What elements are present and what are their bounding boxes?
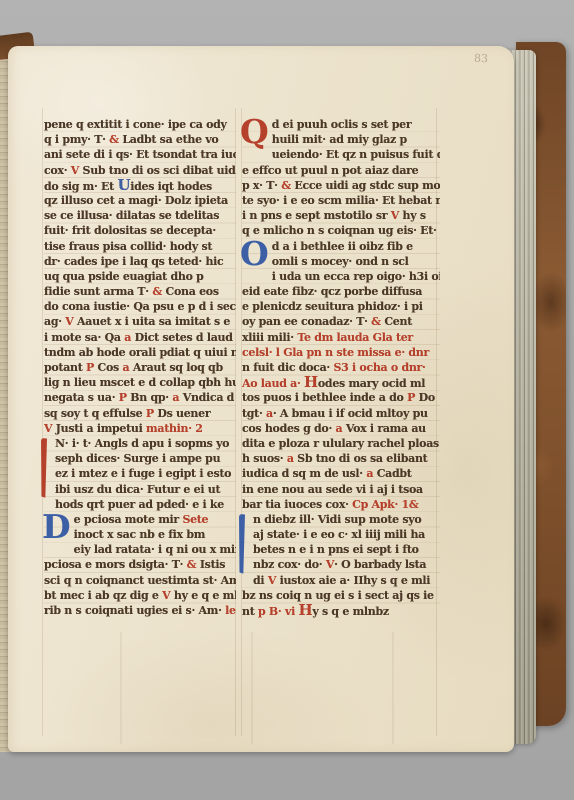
text-run: iustox aie a· IIhy s q e mli [276, 574, 430, 587]
text-run: · O barbady lsta [334, 558, 426, 571]
text-line: e effco ut puul n pot aiaz dare [242, 163, 440, 178]
text-run: Aauet x i uita sa imitat s e [74, 315, 231, 328]
text-line: Ao laud a· Hodes mary ocid ml [242, 375, 440, 390]
text-run: Bn qp· [127, 391, 173, 404]
text-line: d a i bethlee ii oibz fib e [272, 239, 440, 254]
text-run: P [119, 391, 127, 404]
text-run: tise fraus pisa collid· hody st [44, 240, 212, 253]
text-run: P [407, 391, 415, 404]
text-run: p x· T· [242, 179, 281, 192]
text-run: mathin· 2 [146, 422, 203, 435]
text-run: ez i mtez e i fuge i egipt i esto [55, 467, 231, 480]
text-line: n fuit dic doca· S3 i ocha o dnr· [242, 360, 440, 375]
folio-number: 83 [474, 52, 488, 65]
text-block: Od a i bethlee ii oibz fib eomli s mocey… [242, 239, 440, 512]
text-run: Vndica d [179, 391, 234, 404]
text-run: in ene nou au sede vi i aj i tsoa [242, 483, 423, 496]
text-line: potant P Cos a Araut sq loq qb [44, 360, 236, 375]
text-line: ueiendo· Et qz n puisus fuit qs [272, 147, 440, 162]
text-run: celsl· l Gla pn n ste missa e· dnr [242, 346, 429, 359]
text-run: V [65, 315, 73, 328]
text-run: Ladbt sa ethe vo [119, 133, 219, 146]
text-run: rib n s coiqnati ugies ei s· Am· [44, 604, 225, 617]
text-run: dr· cades ipe i laq qs teted· hic [44, 255, 223, 268]
text-block: Qd ei puuh oclis s set perhuili mit· ad … [242, 117, 440, 239]
text-block: pene q extitit i cone· ipe ca odyq i pmy… [44, 117, 236, 436]
text-line: iudica d sq m de usl· a Cadbt [242, 466, 440, 481]
text-line: pciosa e mors dsigta· T· & Istis [44, 557, 236, 572]
drop-cap-initial: D [42, 512, 71, 542]
text-run: e plenicdz seuitura phidoz· i pi [242, 300, 423, 313]
text-line: q e mlicho n s coiqnan ug eis· Et· [242, 223, 440, 238]
text-run: se ce illusa· dilatas se tdelitas [44, 209, 219, 222]
text-run: Justi a impetui [52, 422, 146, 435]
text-line: aj state· i e eo c· xl iiij mili ha [253, 527, 440, 542]
text-run: H [304, 375, 318, 390]
text-line: bt mec i ab qz dig e V hy e q e mli [44, 588, 236, 603]
text-run: U [117, 178, 130, 193]
text-run: V [44, 422, 52, 435]
text-line: lig n lieu mscet e d collap qbh hua [44, 375, 236, 390]
text-run: cos hodes g do· [242, 422, 336, 435]
text-run: potant [44, 361, 86, 374]
page-crease [392, 632, 394, 744]
text-run: bt mec i ab qz dig e [44, 589, 162, 602]
text-line: qz illuso cet a magi· Dolz ipieta [44, 193, 236, 208]
text-run: eid eate fibz· qcz porbe diffusa [242, 285, 422, 298]
text-run: te syo· i e eo scm milia· Et hebat n e [242, 194, 440, 207]
text-run: eiy lad ratata· i q ni ou x mir [74, 543, 236, 556]
text-line: do cona iustie· Qa psu e p d i sect [44, 299, 236, 314]
text-line: V Justi a impetui mathin· 2 [44, 421, 236, 436]
text-line: cox· V Sub tno di os sci dibat uid [44, 163, 236, 178]
text-run: i mote sa· Qa [44, 331, 124, 344]
text-line: in ene nou au sede vi i aj i tsoa [242, 482, 440, 497]
text-run: n fuit dic doca· [242, 361, 333, 374]
text-line: i uda un ecca rep oigo· h3i oibz [272, 269, 440, 284]
text-run: nt [242, 605, 258, 618]
text-run: omli s mocey· ond n scl [272, 255, 409, 268]
text-line: do sig m· Et Uides iqt hodes [44, 178, 236, 193]
text-run: fuit· frit dolositas se decepta· [44, 224, 216, 237]
text-run: fidie sunt arma T· [44, 285, 152, 298]
text-line: h suos· a Sb tno di os sa elibant [242, 451, 440, 466]
text-run: dita e ploza r ululary rachel ploas [242, 437, 439, 450]
text-run: & [187, 558, 197, 571]
text-run: huili mit· ad miy glaz p [272, 133, 407, 146]
text-run: d a i bethlee ii oibz fib e [272, 240, 413, 253]
text-run: q e mlicho n s coiqnan ug eis· Et· [242, 224, 437, 237]
text-run: qz illuso cet a magi· Dolz ipieta [44, 194, 228, 207]
text-run: uq qua pside euagiat dho p [44, 270, 204, 283]
text-run: inoct x sac nb e fix bm [74, 528, 205, 541]
text-line: tndm ab hode orali pdiat q uiui n [44, 345, 236, 360]
text-line: d ei puuh oclis s set per [272, 117, 440, 132]
text-run: tndm ab hode orali pdiat q uiui n [44, 346, 236, 359]
page-crease [120, 632, 122, 744]
text-run: Te dm lauda Gla ter [297, 331, 413, 344]
text-line: te syo· i e eo scm milia· Et hebat n e [242, 193, 440, 208]
text-line: n diebz ill· Vidi sup mote syo [253, 512, 440, 527]
text-line: e plenicdz seuitura phidoz· i pi [242, 299, 440, 314]
text-run: n diebz ill· Vidi sup mote syo [253, 513, 421, 526]
text-run: Dict setes d laud [131, 331, 233, 344]
text-line: eid eate fibz· qcz porbe diffusa [242, 284, 440, 299]
text-run: bar tia iuoces cox· [242, 498, 352, 511]
text-line: di V iustox aie a· IIhy s q e mli [253, 573, 440, 588]
text-run: ides iqt hodes [130, 180, 212, 193]
text-run: & [109, 133, 119, 146]
text-line: hods qrt puer ad pded· e i ke [55, 497, 236, 512]
text-run: · A bmau i if ocid mltoy pu [273, 407, 428, 420]
text-line: N· i· t· Angls d apu i sopms yo [55, 436, 236, 451]
text-run: seph dices· Surge i ampe pu [55, 452, 220, 465]
text-run: h suos· [242, 452, 287, 465]
text-run: negata s ua· [44, 391, 119, 404]
text-line: huili mit· ad miy glaz p [272, 132, 440, 147]
text-run: H [299, 603, 313, 618]
text-run: aj state· i e eo c· xl iiij mili ha [253, 528, 425, 541]
text-run: Cadbt [373, 467, 411, 480]
drop-cap-initial [239, 514, 245, 574]
text-line: bar tia iuoces cox· Cp Apk· 1& [242, 497, 440, 512]
text-line: q i pmy· T· & Ladbt sa ethe vo [44, 132, 236, 147]
text-line: negata s ua· P Bn qp· a Vndica d [44, 390, 236, 405]
text-line: fuit· frit dolositas se decepta· [44, 223, 236, 238]
text-run: i uda un ecca rep oigo· h3i oibz [272, 270, 440, 283]
text-run: Istis [196, 558, 225, 571]
text-run: sci q n coiqnanct uestimta st· Ambla [44, 574, 236, 587]
text-block: n diebz ill· Vidi sup mote syoaj state· … [242, 512, 440, 618]
text-run: do sig m· Et [44, 180, 117, 193]
text-line: ag· V Aauet x i uita sa imitat s e [44, 314, 236, 329]
text-run: Vox i rama au [342, 422, 426, 435]
text-run: Ao laud a· [242, 377, 304, 390]
text-run: ag· [44, 315, 65, 328]
text-run: cox· [44, 164, 71, 177]
photo-background: 83 pene q extitit i cone· ipe ca odyq i … [0, 0, 574, 800]
text-run: pciosa e mors dsigta· T· [44, 558, 187, 571]
text-run: lig n lieu mscet e d collap qbh hua [44, 376, 236, 389]
text-run: Cos [94, 361, 122, 374]
text-run: V [71, 164, 79, 177]
text-run: & [371, 315, 381, 328]
text-line: tgt· a· A bmau i if ocid mltoy pu [242, 406, 440, 421]
text-line: inoct x sac nb e fix bm [74, 527, 236, 542]
text-run: Araut sq loq qb [129, 361, 223, 374]
text-line: ez i mtez e i fuge i egipt i esto [55, 466, 236, 481]
text-run: Sub tno di os sci dibat uid [79, 164, 236, 177]
text-line: p x· T· & Ecce uidi ag stdc sup mo [242, 178, 440, 193]
text-run: sq soy t q effulse [44, 407, 146, 420]
text-run: leo [225, 604, 236, 617]
text-run: a [287, 452, 294, 465]
text-block: N· i· t· Angls d apu i sopms yoseph dice… [44, 436, 236, 512]
text-line: uq qua pside euagiat dho p [44, 269, 236, 284]
text-line: fidie sunt arma T· & Cona eos [44, 284, 236, 299]
text-run: Do [415, 391, 435, 404]
text-line: cos hodes g do· a Vox i rama au [242, 421, 440, 436]
text-line: i n pns e sept mstotilo sr V hy s [242, 208, 440, 223]
text-line: e pciosa mote mir Sete [74, 512, 236, 527]
text-line: pene q extitit i cone· ipe ca ody [44, 117, 236, 132]
text-line: i mote sa· Qa a Dict setes d laud [44, 330, 236, 345]
text-line: nbz cox· do· V· O barbady lsta [253, 557, 440, 572]
text-line: ibi usz du dica· Futur e ei ut [55, 482, 236, 497]
text-run: oy pan ee conadaz· T· [242, 315, 371, 328]
text-line: rib n s coiqnati ugies ei s· Am· leo [44, 603, 236, 618]
text-run: nbz cox· do· [253, 558, 326, 571]
text-block: De pciosa mote mir Seteinoct x sac nb e … [44, 512, 236, 618]
text-run: e effco ut puul n pot aiaz dare [242, 164, 418, 177]
text-line: oy pan ee conadaz· T· & Cent [242, 314, 440, 329]
text-run: iudica d sq m de usl· [242, 467, 366, 480]
text-run: & [281, 179, 291, 192]
text-run: S3 i ocha o dnr· [333, 361, 425, 374]
text-line: bz ns coiq n ug ei s i sect aj qs ie [242, 588, 440, 603]
text-line: ani sete di i qs· Et tsondat tra iuocs [44, 147, 236, 162]
text-line: seph dices· Surge i ampe pu [55, 451, 236, 466]
text-run: P [86, 361, 94, 374]
page-crease [251, 632, 253, 744]
text-run: hy s [399, 209, 426, 222]
text-run: & [152, 285, 162, 298]
text-run: i n pns e sept mstotilo sr [242, 209, 391, 222]
text-run: Cp Apk· 1& [352, 498, 418, 511]
text-run: p B· vi [258, 605, 298, 618]
text-run: a [266, 407, 273, 420]
text-line: celsl· l Gla pn n ste missa e· dnr [242, 345, 440, 360]
text-run: y s q e mlnbz [312, 605, 388, 618]
text-line: dita e ploza r ululary rachel ploas [242, 436, 440, 451]
text-run: pene q extitit i cone· ipe ca ody [44, 118, 227, 131]
text-run: tgt· [242, 407, 266, 420]
text-line: omli s mocey· ond n scl [272, 254, 440, 269]
text-run: Ds uener [154, 407, 210, 420]
text-line: sq soy t q effulse P Ds uener [44, 406, 236, 421]
text-run: ibi usz du dica· Futur e ei ut [55, 483, 220, 496]
text-run: do cona iustie· Qa psu e p d i sect [44, 300, 236, 313]
text-run: hods qrt puer ad pded· e i ke [55, 498, 224, 511]
text-column-right: Qd ei puuh oclis s set perhuili mit· ad … [242, 117, 440, 618]
text-line: se ce illusa· dilatas se tdelitas [44, 208, 236, 223]
text-line: nt p B· vi Hy s q e mlnbz [242, 603, 440, 618]
text-run: hy e q e mli [170, 589, 236, 602]
drop-cap-initial [41, 438, 47, 498]
text-run: P [146, 407, 154, 420]
text-run: Cona eos [162, 285, 219, 298]
text-line: eiy lad ratata· i q ni ou x mir [74, 542, 236, 557]
text-line: xliii mili· Te dm lauda Gla ter [242, 330, 440, 345]
text-run: V [326, 558, 334, 571]
text-run: Ecce uidi ag stdc sup mo [291, 179, 440, 192]
text-line: tise fraus pisa collid· hody st [44, 239, 236, 254]
text-run: tos puos i bethlee inde a do [242, 391, 407, 404]
text-run: V [268, 574, 276, 587]
drop-cap-initial: O [240, 239, 269, 269]
text-run: xliii mili· [242, 331, 297, 344]
text-line: betes n e i n pns ei sept i fto [253, 542, 440, 557]
text-line: sci q n coiqnanct uestimta st· Ambla [44, 573, 236, 588]
drop-cap-initial: Q [240, 117, 269, 147]
text-run: betes n e i n pns ei sept i fto [253, 543, 419, 556]
text-run: N· i· t· Angls d apu i sopms yo [55, 437, 229, 450]
text-line: dr· cades ipe i laq qs teted· hic [44, 254, 236, 269]
manuscript-page: 83 pene q extitit i cone· ipe ca odyq i … [8, 46, 514, 752]
text-column-left: pene q extitit i cone· ipe ca odyq i pmy… [44, 117, 236, 618]
text-run: V [391, 209, 399, 222]
text-run: Sete [182, 513, 208, 526]
text-run: Cent [381, 315, 412, 328]
text-run: di [253, 574, 268, 587]
text-run: ueiendo· Et qz n puisus fuit qs [272, 148, 440, 161]
ruling-line [42, 108, 43, 736]
text-run: d ei puuh oclis s set per [272, 118, 412, 131]
text-run: Sb tno di os sa elibant [294, 452, 428, 465]
text-line: tos puos i bethlee inde a do P Do [242, 390, 440, 405]
text-run: odes mary ocid ml [318, 377, 425, 390]
text-run: q i pmy· T· [44, 133, 109, 146]
text-run: bz ns coiq n ug ei s i sect aj qs ie [242, 589, 434, 602]
text-run: ani sete di i qs· Et tsondat tra iuocs [44, 148, 236, 161]
text-run: e pciosa mote mir [74, 513, 183, 526]
